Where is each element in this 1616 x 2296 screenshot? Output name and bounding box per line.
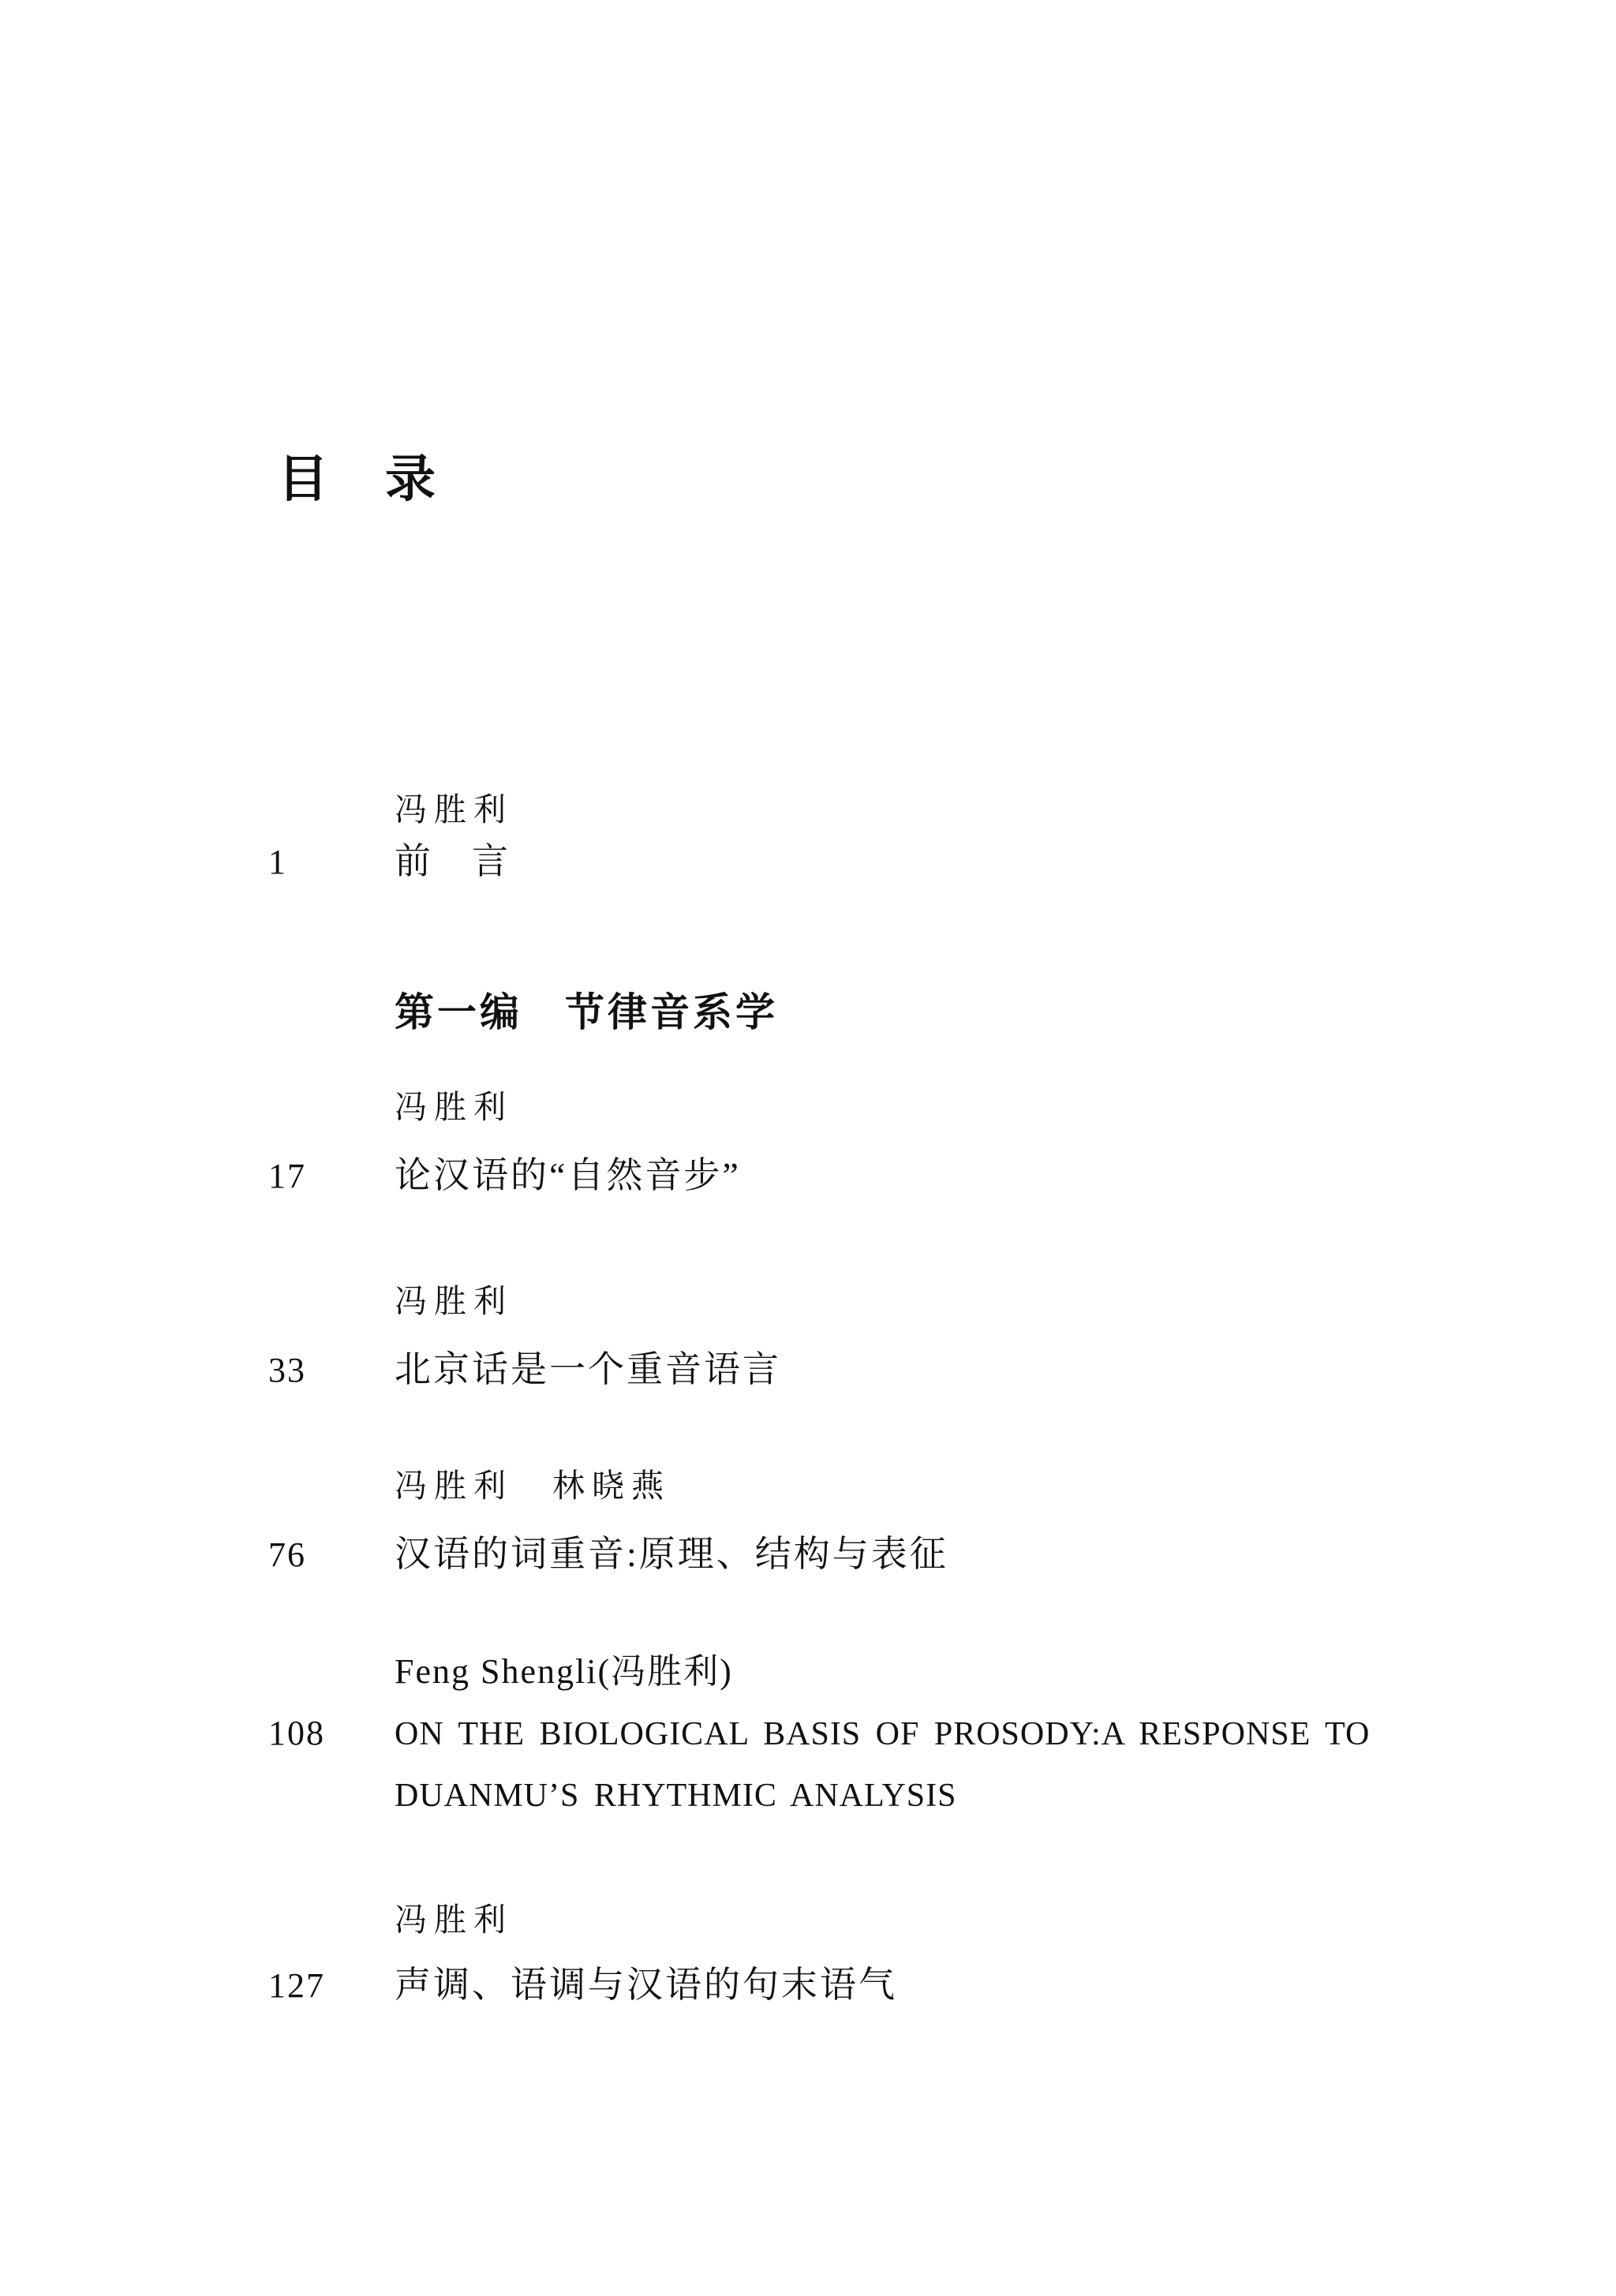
toc-entry-continuation: DUANMU’S RHYTHMIC ANALYSIS <box>268 1777 1427 1815</box>
entry-title-line-1: ON THE BIOLOGICAL BASIS OF PROSODY:A RES… <box>395 1716 1370 1752</box>
entry-title: 前 言 <box>395 841 511 881</box>
toc-entry: 33北京话是一个重音语言 <box>268 1349 1427 1391</box>
toc-entry: 127声调、语调与汉语的句末语气 <box>268 1965 1427 2006</box>
entry-page-number: 108 <box>268 1714 395 1754</box>
toc-entry: 17论汉语的“自然音步” <box>268 1155 1427 1197</box>
entry-page-number: 1 <box>268 843 395 883</box>
toc-page: 目 录 冯胜利 1前 言 第一编 节律音系学 冯胜利 17论汉语的“自然音步” … <box>0 0 1616 2296</box>
entry-page-number: 127 <box>268 1966 395 2006</box>
section-heading: 第一编 节律音系学 <box>395 993 1427 1032</box>
toc-entry: 108ON THE BIOLOGICAL BASIS OF PROSODY:A … <box>268 1714 1427 1754</box>
toc-entry: 76汉语的词重音:原理、结构与表征 <box>268 1534 1427 1576</box>
entry-title: 声调、语调与汉语的句末语气 <box>395 1965 897 2005</box>
entry-page-number: 33 <box>268 1351 395 1391</box>
entry-page-number: 17 <box>268 1157 395 1197</box>
entry-title: 论汉语的“自然音步” <box>395 1155 741 1195</box>
entry-authors: 冯胜利 <box>395 1901 1427 1939</box>
entry-authors: 冯胜利 <box>395 791 1427 828</box>
toc-entry: 1前 言 <box>268 841 1427 883</box>
entry-authors: 冯胜利 <box>395 1283 1427 1320</box>
entry-title: 北京话是一个重音语言 <box>395 1349 781 1389</box>
page-title: 目 录 <box>278 454 1427 505</box>
entry-title-line-2: DUANMU’S RHYTHMIC ANALYSIS <box>395 1778 957 1814</box>
entry-title: 汉语的词重音:原理、结构与表征 <box>395 1534 948 1574</box>
entry-page-number: 76 <box>268 1535 395 1576</box>
entry-authors: 冯胜利 林晓燕 <box>395 1468 1427 1505</box>
entry-authors: Feng Shengli(冯胜利) <box>395 1652 1427 1692</box>
entry-authors: 冯胜利 <box>395 1089 1427 1126</box>
